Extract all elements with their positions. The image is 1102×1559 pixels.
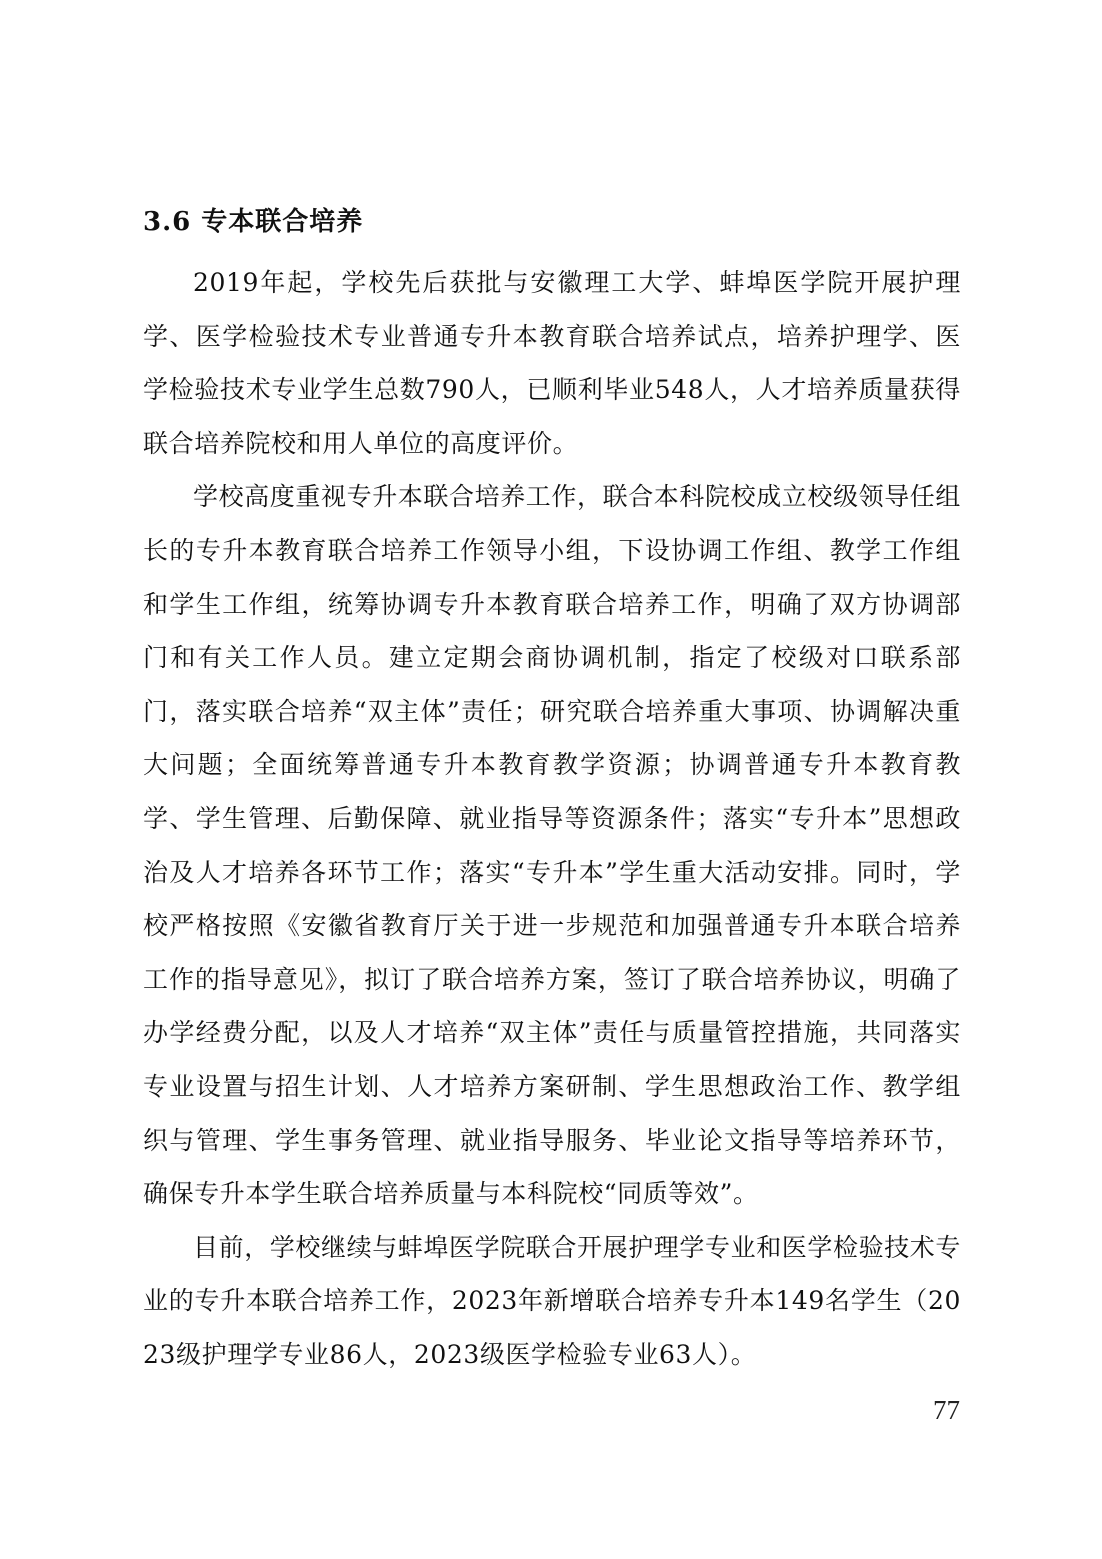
paragraph-joint-training-pilot: 2019年起，学校先后获批与安徽理工大学、蚌埠医学院开展护理学、医学检验技术专业… <box>143 256 961 470</box>
paragraph-current-status: 目前，学校继续与蚌埠医学院联合开展护理学专业和医学检验技术专业的专升本联合培养工… <box>143 1221 961 1382</box>
body-text: 2019年起，学校先后获批与安徽理工大学、蚌埠医学院开展护理学、医学检验技术专业… <box>143 256 961 1381</box>
page-number: 77 <box>933 1392 960 1428</box>
section-title: 3.6 专本联合培养 <box>143 203 363 241</box>
paragraph-joint-training-mechanism: 学校高度重视专升本联合培养工作，联合本科院校成立校级领导任组长的专升本教育联合培… <box>143 470 961 1220</box>
